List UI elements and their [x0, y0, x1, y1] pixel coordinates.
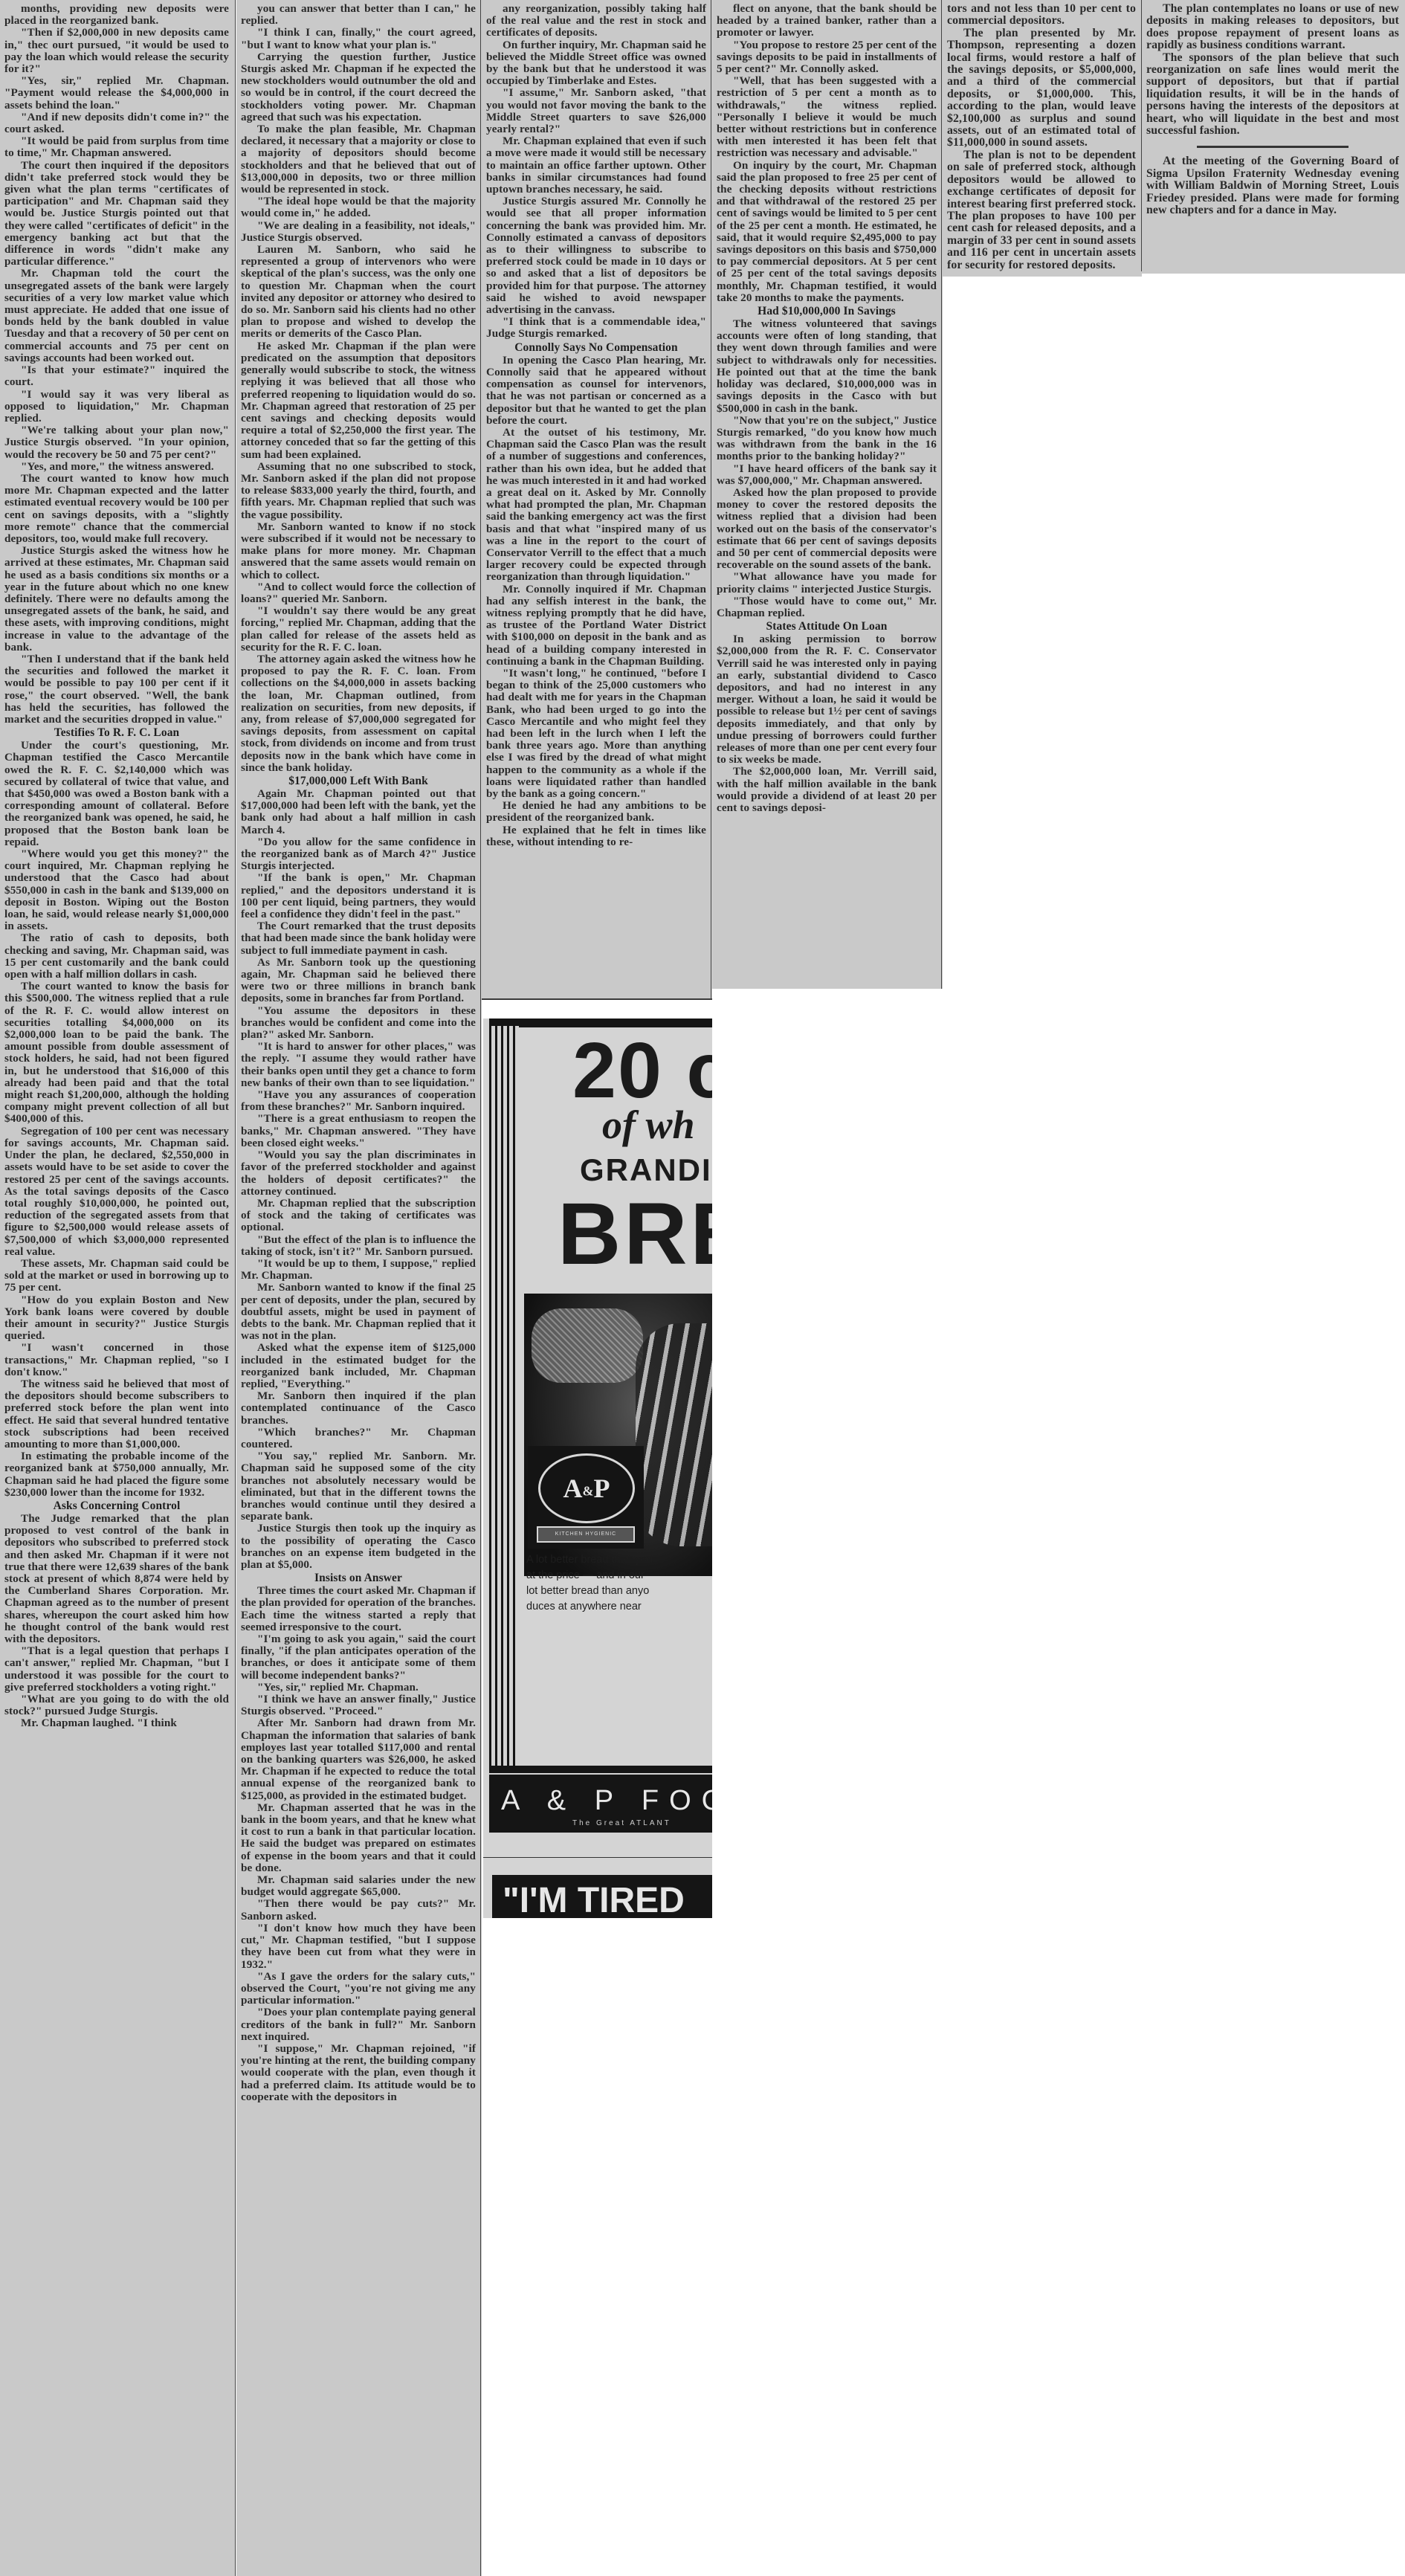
paragraph: "But the effect of the plan is to influe…	[241, 1234, 476, 1258]
paragraph: He explained that he felt in times like …	[486, 824, 706, 848]
ap-logo-oval: A&P	[538, 1453, 635, 1523]
paragraph: The plan is not to be dependent on sale …	[947, 149, 1136, 271]
paragraph: "We are dealing in a feasibility, not id…	[241, 220, 476, 244]
paragraph: Under the court's questioning, Mr. Chapm…	[4, 740, 229, 848]
paragraph: "And to collect would force the collecti…	[241, 581, 476, 605]
paragraph: "Then if $2,000,000 in new deposits came…	[4, 27, 229, 75]
paragraph: tors and not less than 10 per cent to co…	[947, 3, 1136, 28]
paragraph: "Then I understand that if the bank held…	[4, 653, 229, 726]
paragraph: On further inquiry, Mr. Chapman said he …	[486, 39, 706, 88]
paragraph: "Well, that has been suggested with a re…	[717, 75, 937, 159]
ad-separator	[483, 1857, 712, 1858]
paragraph: Justice Sturgis asked the witness how he…	[4, 545, 229, 653]
logo-letter-a: A	[563, 1473, 583, 1503]
paragraph: The court then inquired if the depositor…	[4, 160, 229, 268]
paragraph: "I would say it was very liberal as oppo…	[4, 389, 229, 425]
subheading-insists: Insists on Answer	[241, 1572, 476, 1584]
paragraph: Segregation of 100 per cent was necessar…	[4, 1126, 229, 1258]
column-1-body: months, providing new deposits were plac…	[4, 3, 229, 1730]
paragraph: "Does your plan contemplate paying gener…	[241, 2007, 476, 2043]
paragraph: "Have you any assurances of cooperation …	[241, 1089, 476, 1113]
article-column-2: you can answer that better than I can," …	[236, 0, 482, 2576]
paragraph: "I'm going to ask you again," said the c…	[241, 1633, 476, 1682]
paragraph: "Which branches?" Mr. Chapman countered.	[241, 1427, 476, 1450]
ad-store-banner: A & P FOO The Great ATLANT	[489, 1766, 712, 1833]
paragraph: These assets, Mr. Chapman said could be …	[4, 1258, 229, 1294]
paragraph: Carrying the question further, Justice S…	[241, 51, 476, 123]
paragraph: "Yes, sir," replied Mr. Chapman.	[241, 1682, 476, 1694]
paragraph: The attorney again asked the witness how…	[241, 653, 476, 774]
paragraph: The witness said he believed that most o…	[4, 1378, 229, 1450]
article-column-3: any reorganization, possibly taking half…	[482, 0, 712, 1000]
ad-frame-stripes	[489, 1026, 519, 1769]
paragraph: flect on anyone, that the bank should be…	[717, 3, 937, 39]
paragraph: The court wanted to know the basis for t…	[4, 981, 229, 1125]
paragraph: Mr. Chapman replied that the subscriptio…	[241, 1198, 476, 1234]
paragraph: Mr. Chapman said salaries under the new …	[241, 1874, 476, 1898]
article-column-4: flect on anyone, that the bank should be…	[712, 0, 943, 989]
paragraph: In opening the Casco Plan hearing, Mr. C…	[486, 355, 706, 427]
subheading-attitude-on-loan: States Attitude On Loan	[717, 620, 937, 633]
banner-rule	[489, 1773, 712, 1775]
paragraph: Justice Sturgis assured Mr. Connolly he …	[486, 196, 706, 316]
paragraph: In asking permission to borrow $2,000,00…	[717, 633, 937, 766]
paragraph: The witness volunteered that savings acc…	[717, 318, 937, 415]
paragraph: "We're talking about your plan now," Jus…	[4, 425, 229, 461]
paragraph: He denied he had any ambitions to be pre…	[486, 800, 706, 824]
paragraph: "What are you going to do with the old s…	[4, 1694, 229, 1717]
ad-headline-number: 20 c	[572, 1033, 712, 1108]
paragraph: Mr. Sanborn wanted to know if the final …	[241, 1282, 476, 1342]
paragraph: Mr. Sanborn then inquired if the plan co…	[241, 1390, 476, 1427]
paragraph: you can answer that better than I can," …	[241, 3, 476, 27]
subheading-control: Asks Concerning Control	[4, 1500, 229, 1512]
paragraph: "Is that your estimate?" inquired the co…	[4, 364, 229, 388]
paragraph: "There is a great enthusiasm to reopen t…	[241, 1113, 476, 1149]
paragraph: "Those would have to come out," Mr. Chap…	[717, 595, 937, 619]
paragraph: "Where would you get this money?" the co…	[4, 848, 229, 932]
paragraph: At the outset of his testimony, Mr. Chap…	[486, 427, 706, 584]
paragraph: "Yes, sir," replied Mr. Chapman. "Paymen…	[4, 75, 229, 112]
paragraph: "I think that is a commendable idea," Ju…	[486, 316, 706, 340]
paragraph: As Mr. Sanborn took up the questioning a…	[241, 957, 476, 1005]
paragraph: "I think we have an answer finally," Jus…	[241, 1694, 476, 1717]
paragraph: He asked Mr. Chapman if the plan were pr…	[241, 340, 476, 461]
paragraph: "I wasn't concerned in those transaction…	[4, 1342, 229, 1378]
ad-copy-line: duces at anywhere near	[526, 1599, 712, 1615]
paragraph: "Do you allow for the same confidence in…	[241, 836, 476, 873]
logo-letter-p: P	[594, 1473, 610, 1503]
paragraph: The court wanted to know how much more M…	[4, 473, 229, 545]
paragraph: "Yes, and more," the witness answered.	[4, 461, 229, 473]
paragraph: In estimating the probable income of the…	[4, 1450, 229, 1499]
article-column-6: The plan contemplates no loans or use of…	[1142, 0, 1405, 274]
paragraph: "I think I can, finally," the court agre…	[241, 27, 476, 51]
paragraph: "What allowance have you made for priori…	[717, 571, 937, 595]
section-rule	[482, 998, 712, 1000]
column-rule	[235, 0, 236, 2576]
paragraph: Lauren M. Sanborn, who said he represent…	[241, 244, 476, 340]
column-rule	[480, 0, 481, 2576]
paragraph: any reorganization, possibly taking half…	[486, 3, 706, 39]
paragraph: Three times the court asked Mr. Chapman …	[241, 1585, 476, 1633]
logo-ampersand: &	[583, 1484, 594, 1499]
subheading-rfc-loan: Testifies To R. F. C. Loan	[4, 726, 229, 739]
paragraph: "You propose to restore 25 per cent of t…	[717, 39, 937, 76]
paragraph: "I suppose," Mr. Chapman rejoined, "if y…	[241, 2043, 476, 2103]
paragraph: Assuming that no one subscribed to stock…	[241, 461, 476, 521]
paragraph: "And if new deposits didn't come in?" th…	[4, 112, 229, 135]
paragraph-fraternity-meeting: At the meeting of the Governing Board of…	[1146, 155, 1399, 216]
paragraph: "Would you say the plan discriminates in…	[241, 1149, 476, 1198]
column-rule	[711, 0, 711, 1000]
next-ad-headline: "I'M TIRED	[492, 1875, 712, 1918]
column-rule	[941, 0, 942, 989]
paragraph: The plan contemplates no loans or use of…	[1146, 3, 1399, 52]
paragraph: The Judge remarked that the plan propose…	[4, 1513, 229, 1645]
paragraph: The sponsors of the plan believe that su…	[1146, 52, 1399, 138]
paragraph: Mr. Chapman laughed. "I think	[4, 1717, 229, 1729]
paragraph: "I have heard officers of the bank say i…	[717, 463, 937, 487]
ad-headline-grand: GRANDI	[580, 1152, 712, 1188]
ad-body-copy: A lot better bread than you at the price…	[526, 1552, 712, 1615]
column-2-body: you can answer that better than I can," …	[241, 3, 476, 2103]
ap-logo-band: KITCHEN HYGIENIC	[537, 1526, 635, 1543]
store-subtitle: The Great ATLANT	[572, 1819, 671, 1827]
paragraph: "If the bank is open," Mr. Chapman repli…	[241, 872, 476, 920]
paragraph: Asked how the plan proposed to provide m…	[717, 487, 937, 571]
paragraph: The ratio of cash to deposits, both chec…	[4, 932, 229, 981]
paragraph: Justice Sturgis then took up the inquiry…	[241, 1523, 476, 1571]
ad-headline-script: of wh	[602, 1102, 695, 1148]
paragraph: "You assume the depositors in these bran…	[241, 1005, 476, 1042]
ad-copy-line: A lot better bread than you	[526, 1552, 712, 1568]
paragraph: The Court remarked that the trust deposi…	[241, 920, 476, 957]
paragraph: "The ideal hope would be that the majori…	[241, 196, 476, 219]
paragraph: "As I gave the orders for the salary cut…	[241, 1971, 476, 2007]
subheading-left-with-bank: $17,000,000 Left With Bank	[241, 775, 476, 787]
store-name: A & P FOO	[501, 1785, 712, 1817]
paragraph: "I assume," Mr. Sanborn asked, "that you…	[486, 87, 706, 135]
paragraph: "How do you explain Boston and New York …	[4, 1294, 229, 1343]
paragraph: Mr. Chapman explained that even if such …	[486, 135, 706, 196]
paragraph: "I don't know how much they have been cu…	[241, 1923, 476, 1971]
paragraph: After Mr. Sanborn had drawn from Mr. Cha…	[241, 1717, 476, 1801]
paragraph: Asked what the expense item of $125,000 …	[241, 1342, 476, 1390]
paragraph: Mr. Connolly inquired if Mr. Chapman had…	[486, 584, 706, 668]
paragraph: Mr. Sanborn wanted to know if no stock w…	[241, 521, 476, 581]
paragraph: To make the plan feasible, Mr. Chapman d…	[241, 123, 476, 196]
paragraph: Again Mr. Chapman pointed out that $17,0…	[241, 788, 476, 836]
paragraph: "It would be up to them, I suppose," rep…	[241, 1258, 476, 1282]
ad-copy-line: at the price — and in our	[526, 1568, 712, 1584]
paragraph: "Then there would be pay cuts?" Mr. Sanb…	[241, 1898, 476, 1922]
bread-loaf-image	[636, 1323, 712, 1546]
article-column-5: tors and not less than 10 per cent to co…	[943, 0, 1142, 277]
paragraph: "It is hard to answer for other places,"…	[241, 1041, 476, 1089]
paragraph: "It wasn't long," he continued, "before …	[486, 668, 706, 800]
paragraph: On inquiry by the court, Mr. Chapman sai…	[717, 160, 937, 304]
paragraph: "It would be paid from surplus from time…	[4, 135, 229, 159]
ap-logo-icon: A&P KITCHEN HYGIENIC	[528, 1446, 644, 1549]
cloth-image	[532, 1308, 643, 1383]
paragraph: Mr. Chapman asserted that he was in the …	[241, 1802, 476, 1874]
paragraph: Mr. Chapman told the court the unsegrega…	[4, 268, 229, 364]
paragraph: "I wouldn't say there would be any great…	[241, 605, 476, 653]
ap-bread-advertisement: 20 c of wh GRANDI BRE A&P KITCHEN HYGIEN…	[483, 1019, 712, 1918]
paragraph: months, providing new deposits were plac…	[4, 3, 229, 27]
paragraph: The plan presented by Mr. Thompson, repr…	[947, 28, 1136, 149]
ad-headline-bread: BRE	[558, 1189, 712, 1279]
ad-copy-line: lot better bread than anyo	[526, 1584, 712, 1599]
article-column-1: months, providing new deposits were plac…	[0, 0, 235, 2576]
item-divider	[1197, 146, 1349, 148]
paragraph: "You say," replied Mr. Sanborn. Mr. Chap…	[241, 1450, 476, 1523]
paragraph: "Now that you're on the subject," Justic…	[717, 415, 937, 463]
paragraph: "That is a legal question that perhaps I…	[4, 1645, 229, 1694]
paragraph: The $2,000,000 loan, Mr. Verrill said, w…	[717, 766, 937, 814]
subheading-savings: Had $10,000,000 In Savings	[717, 305, 937, 317]
subheading-no-compensation: Connolly Says No Compensation	[486, 341, 706, 354]
